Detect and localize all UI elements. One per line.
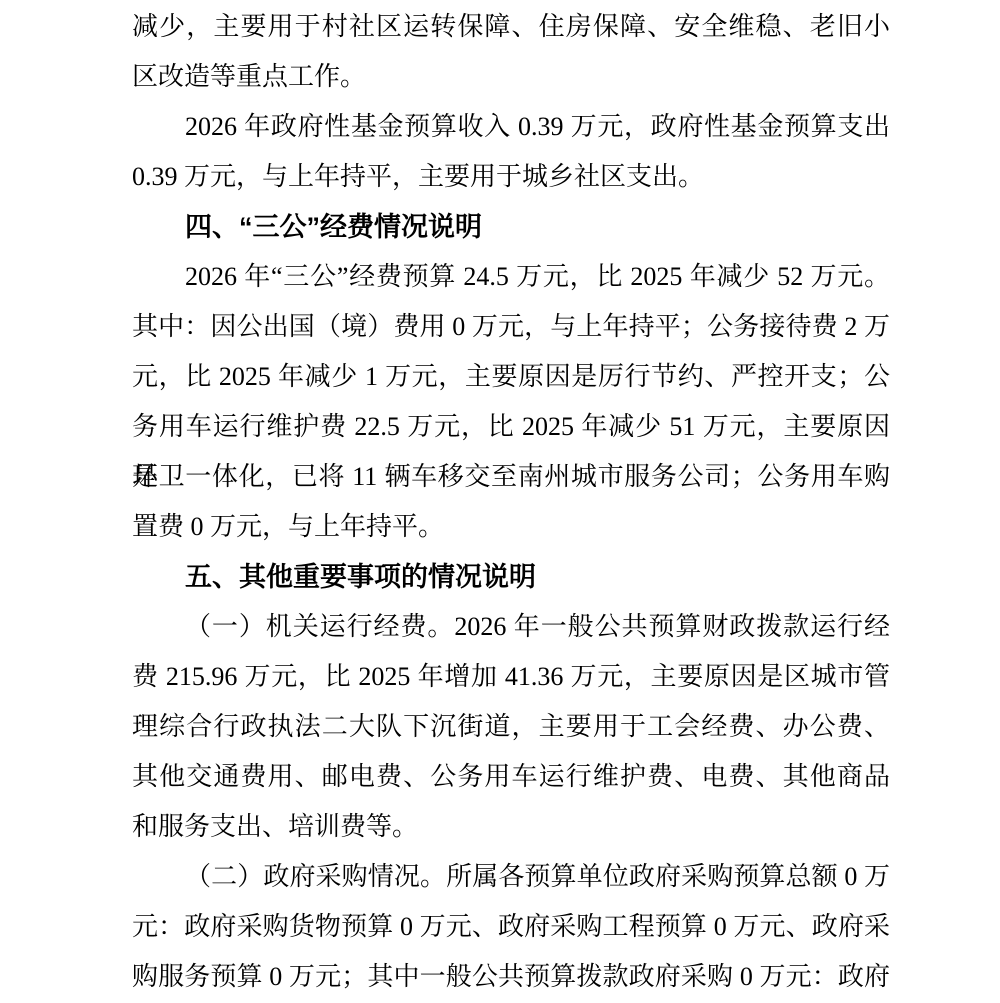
text-line: 区改造等重点工作。 [132, 52, 890, 102]
text-line: 元：政府采购货物预算 0 万元、政府采购工程预算 0 万元、政府采 [132, 902, 890, 952]
text-line: 2026 年政府性基金预算收入 0.39 万元，政府性基金预算支出 [132, 102, 890, 152]
text-line: 购服务预算 0 万元；其中一般公共预算拨款政府采购 0 万元：政府 [132, 952, 890, 1002]
text-line: 务用车运行维护费 22.5 万元，比 2025 年减少 51 万元，主要原因是 [132, 402, 890, 452]
section-heading-three-public-funds: 四、“三公”经费情况说明 [132, 202, 890, 252]
section-heading-other-important-items: 五、其他重要事项的情况说明 [132, 552, 890, 602]
text-line: 其他交通费用、邮电费、公务用车运行维护费、电费、其他商品 [132, 752, 890, 802]
text-line: 元，比 2025 年减少 1 万元，主要原因是厉行节约、严控开支；公 [132, 352, 890, 402]
text-line: 理综合行政执法二大队下沉街道，主要用于工会经费、办公费、 [132, 702, 890, 752]
text-line: 0.39 万元，与上年持平，主要用于城乡社区支出。 [132, 152, 890, 202]
document-page: 减少，主要用于村社区运转保障、住房保障、安全维稳、老旧小 区改造等重点工作。 2… [0, 0, 1000, 1003]
text-line: （二）政府采购情况。所属各预算单位政府采购预算总额 0 万 [132, 852, 890, 902]
text-line: 减少，主要用于村社区运转保障、住房保障、安全维稳、老旧小 [132, 2, 890, 52]
text-line: 其中：因公出国（境）费用 0 万元，与上年持平；公务接待费 2 万 [132, 302, 890, 352]
text-line: 2026 年“三公”经费预算 24.5 万元，比 2025 年减少 52 万元。 [132, 252, 890, 302]
document-text-block: 减少，主要用于村社区运转保障、住房保障、安全维稳、老旧小 区改造等重点工作。 2… [132, 2, 890, 1002]
text-line: 环卫一体化，已将 11 辆车移交至南州城市服务公司；公务用车购 [132, 452, 890, 502]
text-line: （一）机关运行经费。2026 年一般公共预算财政拨款运行经 [132, 602, 890, 652]
text-line: 费 215.96 万元，比 2025 年增加 41.36 万元，主要原因是区城市… [132, 652, 890, 702]
text-line: 置费 0 万元，与上年持平。 [132, 502, 890, 552]
text-line: 和服务支出、培训费等。 [132, 802, 890, 852]
